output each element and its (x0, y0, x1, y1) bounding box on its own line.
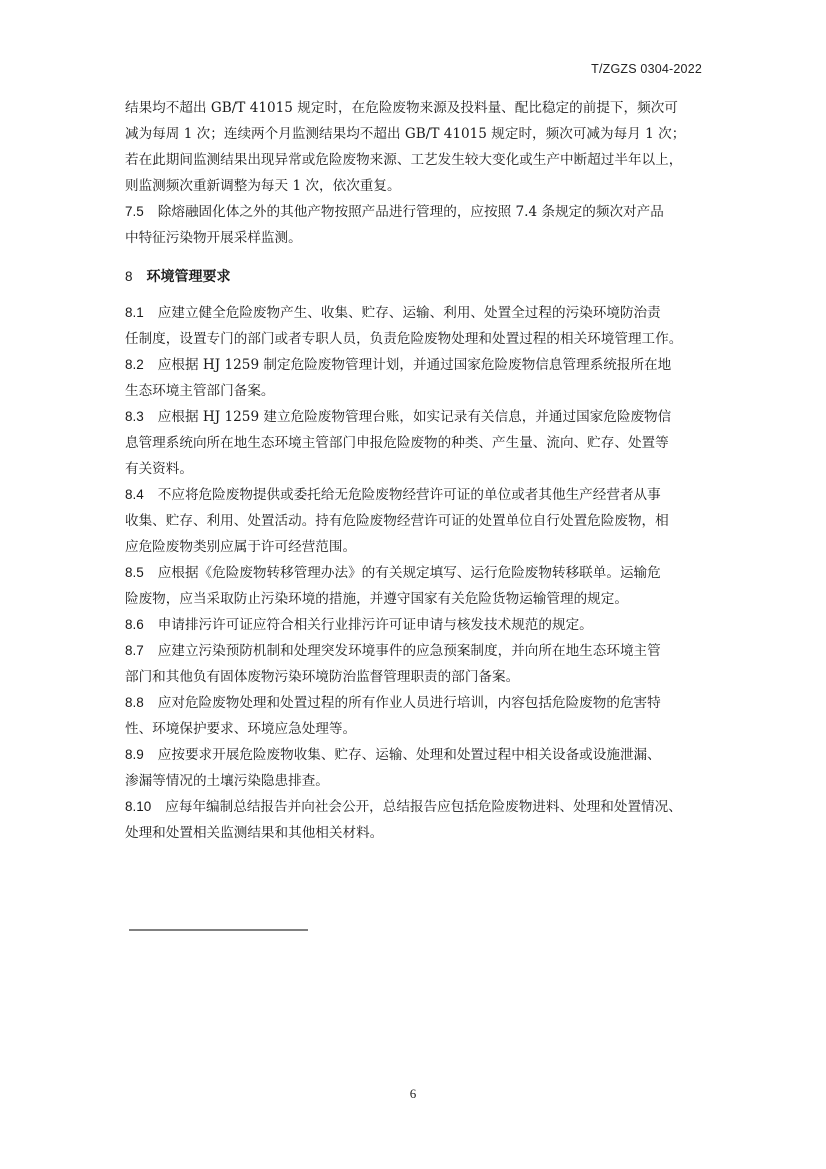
clause-7-5: 7.5除熔融固化体之外的其他产物按照产品进行管理的，应按照 7.4 条规定的频次… (125, 199, 715, 251)
clause-number: 7.5 (125, 199, 144, 225)
text-line: 中特征污染物开展采样监测。 (125, 225, 715, 251)
clause-8-5: 8.5应根据《危险废物转移管理办法》的有关规定填写、运行危险废物转移联单。运输危… (125, 560, 715, 612)
text-line: 有关资料。 (125, 456, 715, 482)
clause-first-line: 8.7应建立污染预防机制和处理突发环境事件的应急预案制度，并向所在地生态环境主管 (125, 638, 715, 664)
text-line: 不应将危险废物提供或委托给无危险废物经营许可证的单位或者其他生产经营者从事 (158, 487, 661, 503)
text-line: 性、环境保护要求、环境应急处理等。 (125, 716, 715, 742)
text-line: 部门和其他负有固体废物污染环境防治监督管理职责的部门备案。 (125, 664, 715, 690)
text-line: 结果均不超出 GB/T 41015 规定时，在危险废物来源及投料量、配比稳定的前… (125, 95, 715, 121)
clause-number: 8.8 (125, 690, 144, 716)
clause-first-line: 8.2应根据 HJ 1259 制定危险废物管理计划，并通过国家危险废物信息管理系… (125, 352, 715, 378)
text-line: 生态环境主管部门备案。 (125, 378, 715, 404)
clause-8-3: 8.3应根据 HJ 1259 建立危险废物管理台账，如实记录有关信息，并通过国家… (125, 404, 715, 482)
text-line: 应根据 HJ 1259 制定危险废物管理计划，并通过国家危险废物信息管理系统报所… (158, 357, 671, 373)
clause-first-line: 8.4不应将危险废物提供或委托给无危险废物经营许可证的单位或者其他生产经营者从事 (125, 482, 715, 508)
text-line: 应按要求开展危险废物收集、贮存、运输、处理和处置过程中相关设备或设施泄漏、 (158, 747, 661, 763)
text-line: 则监测频次重新调整为每天 1 次，依次重复。 (125, 173, 715, 199)
clause-number: 8.4 (125, 482, 144, 508)
clause-8-7: 8.7应建立污染预防机制和处理突发环境事件的应急预案制度，并向所在地生态环境主管… (125, 638, 715, 690)
clause-first-line: 8.6申请排污许可证应符合相关行业排污许可证申请与核发技术规范的规定。 (125, 612, 715, 638)
document-body: 结果均不超出 GB/T 41015 规定时，在危险废物来源及投料量、配比稳定的前… (125, 95, 715, 846)
clause-8-10: 8.10应每年编制总结报告并向社会公开，总结报告应包括危险废物进料、处理和处置情… (125, 794, 715, 846)
clause-first-line: 8.10应每年编制总结报告并向社会公开，总结报告应包括危险废物进料、处理和处置情… (125, 794, 715, 820)
page-number: 6 (0, 1086, 826, 1102)
text-line: 申请排污许可证应符合相关行业排污许可证申请与核发技术规范的规定。 (158, 617, 593, 633)
text-line: 渗漏等情况的土壤污染隐患排查。 (125, 768, 715, 794)
section-number: 8 (125, 264, 133, 290)
clause-number: 8.7 (125, 638, 144, 664)
text-line: 若在此期间监测结果出现异常或危险废物来源、工艺发生较大变化或生产中断超过半年以上… (125, 147, 715, 173)
clause-8-8: 8.8应对危险废物处理和处置过程的所有作业人员进行培训，内容包括危险废物的危害特… (125, 690, 715, 742)
text-line: 处理和处置相关监测结果和其他相关材料。 (125, 820, 715, 846)
standard-code: T/ZGZS 0304-2022 (591, 62, 702, 76)
clause-first-line: 8.5应根据《危险废物转移管理办法》的有关规定填写、运行危险废物转移联单。运输危 (125, 560, 715, 586)
clause-number: 8.5 (125, 560, 144, 586)
text-line: 应根据 HJ 1259 建立危险废物管理台账，如实记录有关信息，并通过国家危险废… (158, 409, 671, 425)
text-line: 险废物，应当采取防止污染环境的措施，并遵守国家有关危险货物运输管理的规定。 (125, 586, 715, 612)
text-line: 收集、贮存、利用、处置活动。持有危险废物经营许可证的处置单位自行处置危险废物，相 (125, 508, 715, 534)
clause-8-2: 8.2应根据 HJ 1259 制定危险废物管理计划，并通过国家危险废物信息管理系… (125, 352, 715, 404)
text-line: 应危险废物类别应属于许可经营范围。 (125, 534, 715, 560)
text-line: 息管理系统向所在地生态环境主管部门申报危险废物的种类、产生量、流向、贮存、处置等 (125, 430, 715, 456)
text-line: 应建立污染预防机制和处理突发环境事件的应急预案制度，并向所在地生态环境主管 (158, 643, 661, 659)
clause-7-4-continuation: 结果均不超出 GB/T 41015 规定时，在危险废物来源及投料量、配比稳定的前… (125, 95, 715, 199)
clause-8-6: 8.6申请排污许可证应符合相关行业排污许可证申请与核发技术规范的规定。 (125, 612, 715, 638)
clause-number: 8.1 (125, 300, 144, 326)
clause-first-line: 8.3应根据 HJ 1259 建立危险废物管理台账，如实记录有关信息，并通过国家… (125, 404, 715, 430)
text-line: 应建立健全危险废物产生、收集、贮存、运输、利用、处置全过程的污染环境防治责 (158, 305, 661, 321)
text-line: 应对危险废物处理和处置过程的所有作业人员进行培训，内容包括危险废物的危害特 (158, 695, 661, 711)
clause-number: 8.10 (125, 794, 151, 820)
clause-number: 8.2 (125, 352, 144, 378)
text-line: 减为每周 1 次；连续两个月监测结果均不超出 GB/T 41015 规定时，频次… (125, 121, 715, 147)
text-line: 应每年编制总结报告并向社会公开，总结报告应包括危险废物进料、处理和处置情况、 (165, 799, 682, 815)
clause-first-line: 7.5除熔融固化体之外的其他产物按照产品进行管理的，应按照 7.4 条规定的频次… (125, 199, 715, 225)
section-title: 环境管理要求 (147, 269, 231, 285)
section-heading: 8环境管理要求 (125, 264, 715, 290)
clause-number: 8.9 (125, 742, 144, 768)
clause-8-9: 8.9应按要求开展危险废物收集、贮存、运输、处理和处置过程中相关设备或设施泄漏、… (125, 742, 715, 794)
clause-8-4: 8.4不应将危险废物提供或委托给无危险废物经营许可证的单位或者其他生产经营者从事… (125, 482, 715, 560)
text-line: 任制度，设置专门的部门或者专职人员，负责危险废物处理和处置过程的相关环境管理工作… (125, 326, 715, 352)
text-line: 应根据《危险废物转移管理办法》的有关规定填写、运行危险废物转移联单。运输危 (158, 565, 661, 581)
footnote-separator (129, 929, 308, 931)
clause-number: 8.3 (125, 404, 144, 430)
clause-first-line: 8.1应建立健全危险废物产生、收集、贮存、运输、利用、处置全过程的污染环境防治责 (125, 300, 715, 326)
clause-number: 8.6 (125, 612, 144, 638)
clause-first-line: 8.9应按要求开展危险废物收集、贮存、运输、处理和处置过程中相关设备或设施泄漏、 (125, 742, 715, 768)
clause-first-line: 8.8应对危险废物处理和处置过程的所有作业人员进行培训，内容包括危险废物的危害特 (125, 690, 715, 716)
text-line: 除熔融固化体之外的其他产物按照产品进行管理的，应按照 7.4 条规定的频次对产品 (158, 204, 664, 220)
clause-8-1: 8.1应建立健全危险废物产生、收集、贮存、运输、利用、处置全过程的污染环境防治责… (125, 300, 715, 352)
